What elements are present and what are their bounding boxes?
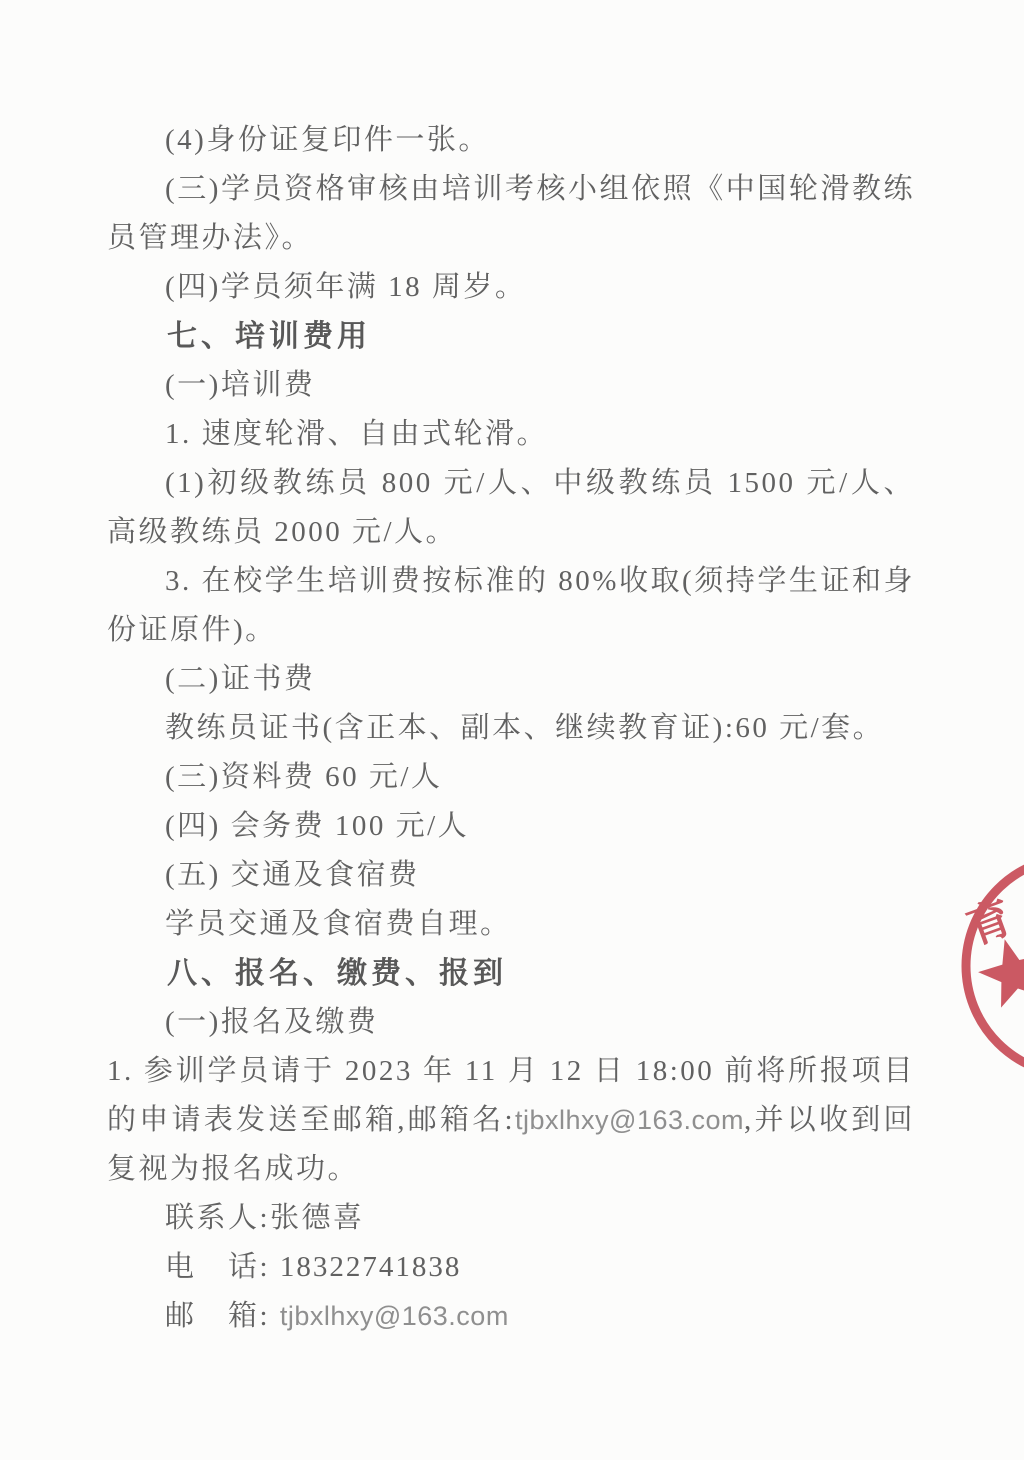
scanned-document-page: (4)身份证复印件一张。 (三)学员资格审核由培训考核小组依照《中国轮滑教练员管… bbox=[0, 0, 1024, 1460]
paragraph-conference-fee: (四) 会务费 100 元/人 bbox=[107, 802, 915, 851]
paragraph-qualification: (三)学员资格审核由培训考核小组依照《中国轮滑教练员管理办法》。 bbox=[107, 165, 915, 263]
document-body: (4)身份证复印件一张。 (三)学员资格审核由培训考核小组依照《中国轮滑教练员管… bbox=[107, 116, 915, 1341]
paragraph-id-copy: (4)身份证复印件一张。 bbox=[107, 116, 915, 165]
contact-person-line: 联系人:张德喜 bbox=[107, 1194, 915, 1243]
phone-number: 18322741838 bbox=[280, 1251, 462, 1283]
section-heading-fees: 七、培训费用 bbox=[107, 312, 915, 361]
paragraph-registration-payment-heading: (一)报名及缴费 bbox=[107, 998, 915, 1047]
paragraph-travel-fee-heading: (五) 交通及食宿费 bbox=[107, 851, 915, 900]
paragraph-registration-instructions: 1. 参训学员请于 2023 年 11 月 12 日 18:00 前将所报项目的… bbox=[107, 1047, 915, 1194]
paragraph-student-discount: 3. 在校学生培训费按标准的 80%收取(须持学生证和身份证原件)。 bbox=[107, 557, 915, 655]
paragraph-fee-levels: (1)初级教练员 800 元/人、中级教练员 1500 元/人、高级教练员 20… bbox=[107, 459, 915, 557]
paragraph-training-fee: (一)培训费 bbox=[107, 361, 915, 410]
paragraph-certificate-fee: 教练员证书(含正本、副本、继续教育证):60 元/套。 bbox=[107, 704, 915, 753]
section-heading-registration: 八、报名、缴费、报到 bbox=[107, 949, 915, 998]
email-value: tjbxlhxy@163.com bbox=[280, 1301, 509, 1331]
email-label: 邮 箱: bbox=[165, 1300, 280, 1332]
contact-phone-line: 电 话: 18322741838 bbox=[107, 1243, 915, 1292]
seal-star-icon bbox=[972, 930, 1024, 1011]
paragraph-skating-types: 1. 速度轮滑、自由式轮滑。 bbox=[107, 410, 915, 459]
phone-label: 电 话: bbox=[165, 1251, 280, 1283]
seal-character: 育 bbox=[961, 893, 1019, 954]
official-seal-stamp-icon: 育 bbox=[950, 852, 1024, 1080]
paragraph-material-fee: (三)资料费 60 元/人 bbox=[107, 753, 915, 802]
registration-email: tjbxlhxy@163.com bbox=[515, 1105, 744, 1135]
paragraph-travel-fee: 学员交通及食宿费自理。 bbox=[107, 900, 915, 949]
paragraph-age-requirement: (四)学员须年满 18 周岁。 bbox=[107, 263, 915, 312]
contact-email-line: 邮 箱: tjbxlhxy@163.com bbox=[107, 1292, 915, 1341]
paragraph-certificate-fee-heading: (二)证书费 bbox=[107, 655, 915, 704]
